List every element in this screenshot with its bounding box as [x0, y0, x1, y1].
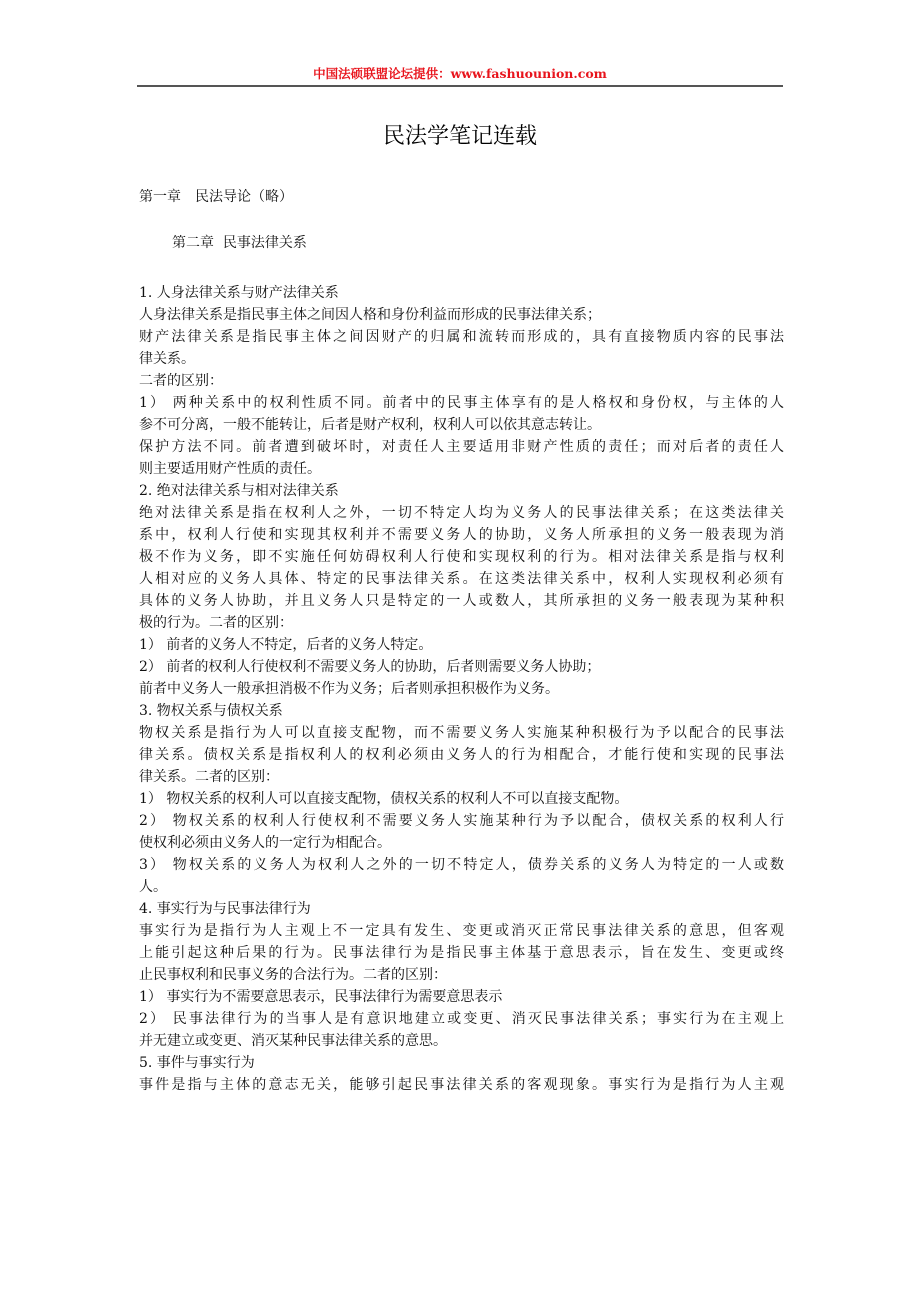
source-header: 中国法硕联盟论坛提供：www.fashuounion.com [0, 66, 920, 82]
text-line: 5. 事件与事实行为 [139, 1052, 784, 1074]
text-line: 财产法律关系是指民事主体之间因财产的归属和流转而形成的，具有直接物质内容的民事法 [139, 326, 784, 348]
text-line: 上能引起这种后果的行为。民事法律行为是指民事主体基于意思表示，旨在发生、变更或终 [139, 942, 784, 964]
text-line: 4. 事实行为与民事法律行为 [139, 898, 784, 920]
text-line: 3） 物权关系的义务人为权利人之外的一切不特定人，债券关系的义务人为特定的一人或… [139, 854, 784, 876]
body-text: 1. 人身法律关系与财产法律关系人身法律关系是指民事主体之间因人格和身份利益而形… [139, 282, 784, 1096]
text-line: 参不可分离，一般不能转让，后者是财产权利，权利人可以依其意志转让。 [139, 414, 784, 436]
text-line: 2） 民事法律行为的当事人是有意识地建立或变更、消灭民事法律关系；事实行为在主观… [139, 1008, 784, 1030]
text-line: 1. 人身法律关系与财产法律关系 [139, 282, 784, 304]
text-line: 律关系。二者的区别： [139, 766, 784, 788]
text-line: 并无建立或变更、消灭某种民事法律关系的意思。 [139, 1030, 784, 1052]
text-line: 二者的区别： [139, 370, 784, 392]
document-title: 民法学笔记连载 [0, 122, 920, 152]
text-line: 保护方法不同。前者遭到破坏时，对责任人主要适用非财产性质的责任；而对后者的责任人 [139, 436, 784, 458]
text-line: 律关系。 [139, 348, 784, 370]
text-line: 使权利必须由义务人的一定行为相配合。 [139, 832, 784, 854]
text-line: 物权关系是指行为人可以直接支配物，而不需要义务人实施某种积极行为予以配合的民事法 [139, 722, 784, 744]
text-line: 极不作为义务，即不实施任何妨碍权利人行使和实现权利的行为。相对法律关系是指与权利 [139, 546, 784, 568]
text-line: 止民事权利和民事义务的合法行为。二者的区别： [139, 964, 784, 986]
text-line: 1） 物权关系的权利人可以直接支配物，债权关系的权利人不可以直接支配物。 [139, 788, 784, 810]
text-line: 绝对法律关系是指在权利人之外，一切不特定人均为义务人的民事法律关系；在这类法律关 [139, 502, 784, 524]
text-line: 1） 前者的义务人不特定，后者的义务人特定。 [139, 634, 784, 656]
text-line: 极的行为。二者的区别： [139, 612, 784, 634]
text-line: 1） 两种关系中的权利性质不同。前者中的民事主体享有的是人格权和身份权，与主体的… [139, 392, 784, 414]
text-line: 2） 前者的权利人行使权利不需要义务人的协助，后者则需要义务人协助； [139, 656, 784, 678]
document-page: 中国法硕联盟论坛提供：www.fashuounion.com 民法学笔记连载 第… [0, 0, 920, 1302]
chapter-1-heading: 第一章 民法导论（略） [139, 186, 293, 208]
text-line: 人身法律关系是指民事主体之间因人格和身份利益而形成的民事法律关系； [139, 304, 784, 326]
header-divider [137, 85, 783, 87]
text-line: 1） 事实行为不需要意思表示，民事法律行为需要意思表示 [139, 986, 784, 1008]
chapter-2-heading: 第二章 民事法律关系 [172, 232, 307, 254]
text-line: 2） 物权关系的权利人行使权利不需要义务人实施某种行为予以配合，债权关系的权利人… [139, 810, 784, 832]
text-line: 2. 绝对法律关系与相对法律关系 [139, 480, 784, 502]
text-line: 则主要适用财产性质的责任。 [139, 458, 784, 480]
text-line: 3. 物权关系与债权关系 [139, 700, 784, 722]
text-line: 人相对应的义务人具体、特定的民事法律关系。在这类法律关系中，权利人实现权利必须有 [139, 568, 784, 590]
text-line: 前者中义务人一般承担消极不作为义务；后者则承担积极作为义务。 [139, 678, 784, 700]
text-line: 系中，权利人行使和实现其权利并不需要义务人的协助，义务人所承担的义务一般表现为消 [139, 524, 784, 546]
text-line: 事件是指与主体的意志无关，能够引起民事法律关系的客观现象。事实行为是指行为人主观 [139, 1074, 784, 1096]
text-line: 人。 [139, 876, 784, 898]
text-line: 事实行为是指行为人主观上不一定具有发生、变更或消灭正常民事法律关系的意思，但客观 [139, 920, 784, 942]
text-line: 律关系。债权关系是指权利人的权利必须由义务人的行为相配合，才能行使和实现的民事法 [139, 744, 784, 766]
text-line: 具体的义务人协助，并且义务人只是特定的一人或数人，其所承担的义务一般表现为某种积 [139, 590, 784, 612]
